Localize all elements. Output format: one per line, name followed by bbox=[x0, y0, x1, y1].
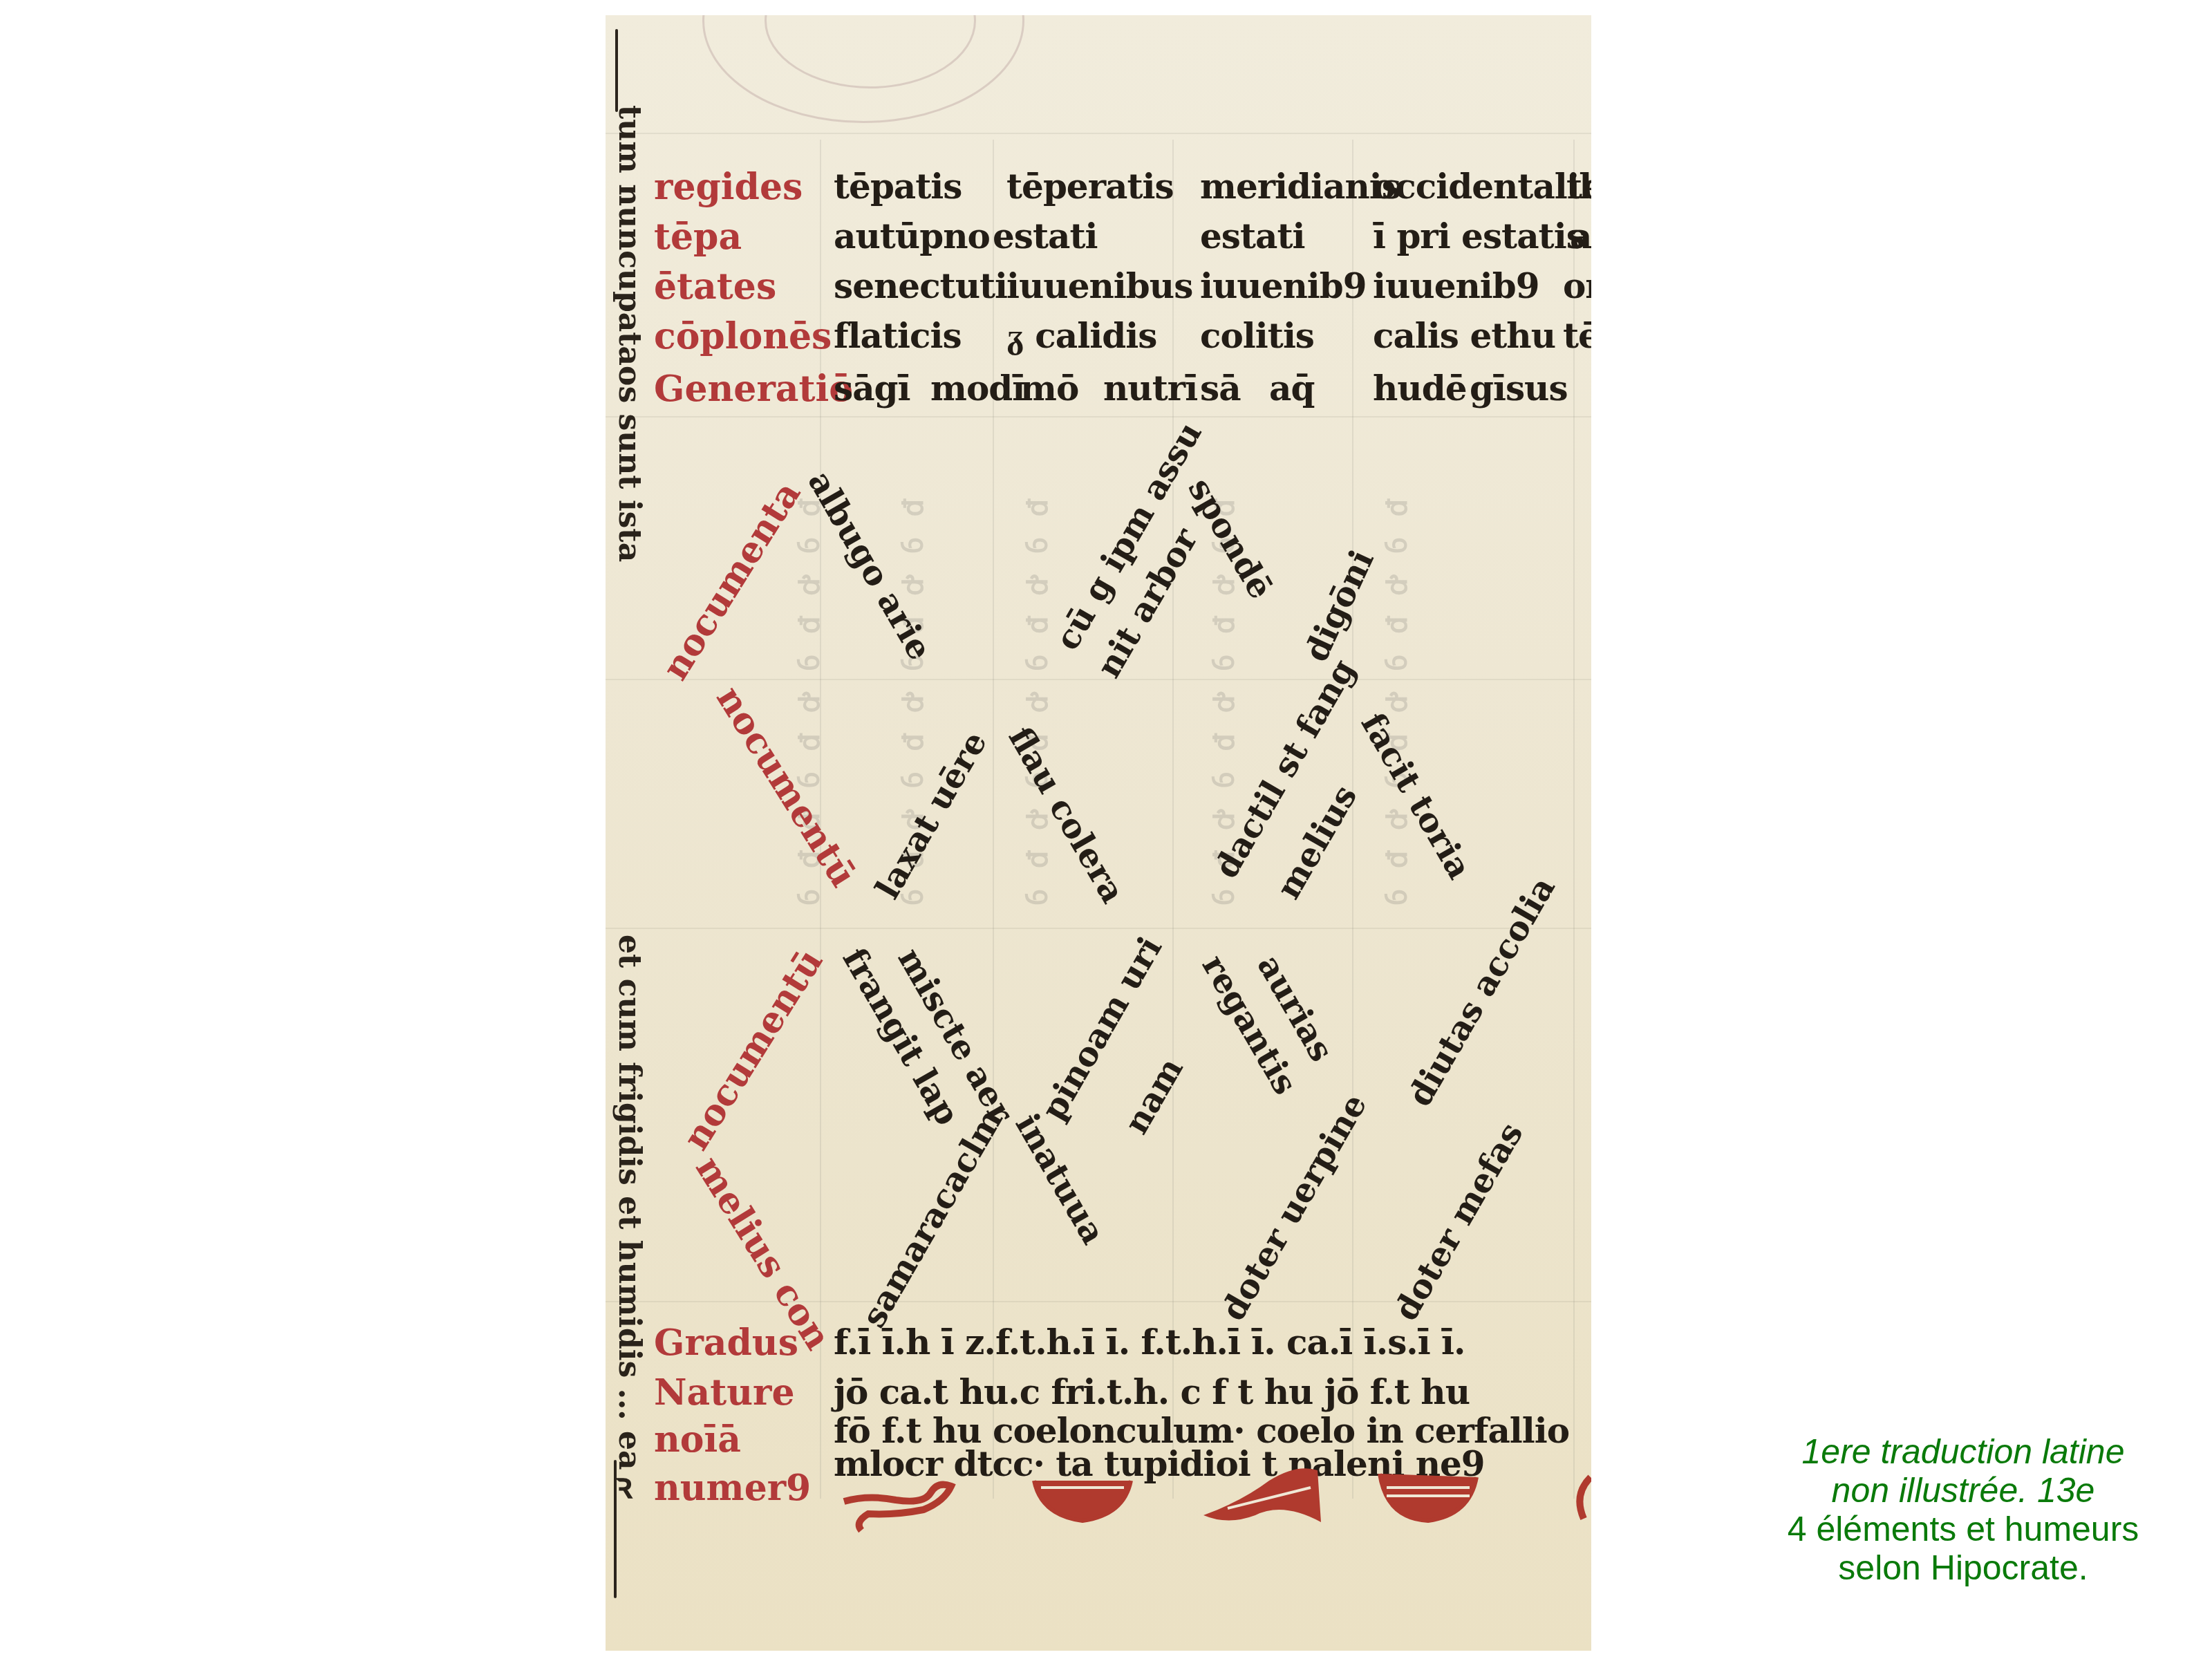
row-label-complexiones: cōplonēs bbox=[654, 315, 832, 357]
diagonal-text: digōni bbox=[1297, 544, 1382, 667]
slide-caption: 1ere traduction latine non illustrée. 13… bbox=[1700, 1432, 2212, 1587]
row-label-gradus: Gradus bbox=[654, 1322, 798, 1364]
ruling-line bbox=[606, 679, 1591, 680]
diagonal-text: flau colera bbox=[1001, 720, 1133, 910]
grid-cell: om bbox=[1563, 265, 1591, 306]
grid-cell: aq̄ bbox=[1269, 368, 1314, 409]
grid-cell: estati bbox=[1200, 216, 1305, 256]
nature-row: jō ca.t hu.c fri.t.h. c f t hu jō f.t hu bbox=[834, 1371, 1470, 1412]
grid-cell: occidentalibus bbox=[1373, 166, 1591, 207]
grid-cell: senectuti bbox=[834, 265, 1007, 306]
diagonal-text: diutas accolia bbox=[1400, 870, 1563, 1113]
grid-cell: ī pri estatis bbox=[1373, 216, 1585, 256]
caption-line-3: 4 éléments et humeurs bbox=[1700, 1510, 2212, 1548]
grid-cell: autūpno bbox=[834, 216, 990, 256]
grid-cell: meridianis bbox=[1200, 166, 1400, 207]
grid-cell: estati bbox=[993, 216, 1098, 256]
ruling-line bbox=[606, 1301, 1591, 1302]
row-label-nocumenta: nocumenta bbox=[654, 474, 809, 687]
grid-cell: calis ethu bbox=[1373, 315, 1555, 356]
row-label-numerus: numer9 bbox=[654, 1467, 811, 1509]
grid-cell: iuuenib9 bbox=[1200, 265, 1367, 306]
grid-cell: iuuenibus bbox=[1006, 265, 1192, 306]
grid-cell: sā bbox=[1200, 368, 1241, 409]
margin-text-bottom: et cum frigidis et humidis ... ea bbox=[612, 935, 647, 1470]
ruling-line bbox=[606, 928, 1591, 929]
row-label-regiones: regides bbox=[654, 166, 803, 208]
grid-cell: ᵹ calidis bbox=[1006, 315, 1156, 356]
caption-line-1: 1ere traduction latine bbox=[1700, 1432, 2212, 1471]
grid-cell: te bbox=[1566, 166, 1591, 207]
bleed-through-text: ꝑ ꝯ ꝓ ꝑ ꝯ ꝓ ꝑ ꝯ ꝓ ꝑ ꝯ bbox=[1383, 499, 1421, 911]
red-numeral-flourish bbox=[1027, 1467, 1138, 1529]
caption-line-4: selon Hipocrate. bbox=[1700, 1548, 2212, 1587]
row-label-tempora: tēpa bbox=[654, 216, 742, 258]
grid-cell: au bbox=[1570, 216, 1591, 256]
row-label-nocumentum-2: nocumentū bbox=[675, 941, 831, 1157]
grid-cell: colitis bbox=[1200, 315, 1314, 356]
diagonal-text: doter mefas bbox=[1387, 1116, 1531, 1327]
bleed-through-text: ꝑ ꝯ ꝓ ꝑ ꝯ ꝓ ꝑ ꝯ ꝓ ꝑ ꝯ bbox=[1024, 499, 1062, 911]
row-label-generatio: Generatiō bbox=[654, 368, 853, 410]
margin-et-mark: ꝛ bbox=[615, 1460, 632, 1509]
gradus-row: f.ī ī.h ī z.f.t.h.ī ī. f.t.h.ī ī. ca.ī ī… bbox=[834, 1322, 1465, 1362]
ruling-line bbox=[1172, 140, 1174, 1499]
grid-cell: sāgī bbox=[834, 368, 910, 409]
grid-cell: nutrī bbox=[1103, 368, 1197, 409]
grid-cell: flaticis bbox=[834, 315, 962, 356]
ruling-line bbox=[606, 416, 1591, 418]
margin-text-top: tum nuncupataos sunt ista bbox=[612, 105, 647, 562]
grid-cell: tēperatis bbox=[1006, 166, 1174, 207]
row-label-nature: Nature bbox=[654, 1371, 795, 1414]
grid-cell: tē bbox=[1563, 315, 1591, 356]
ruling-line bbox=[993, 140, 994, 1499]
red-numeral-flourish bbox=[1570, 1474, 1591, 1522]
grid-cell: tēpatis bbox=[834, 166, 962, 207]
row-label-nomina: noīā bbox=[654, 1418, 741, 1461]
margin-rule bbox=[615, 29, 618, 112]
diagonal-text: inatuua bbox=[1008, 1107, 1113, 1251]
red-numeral-flourish bbox=[1200, 1460, 1331, 1529]
grid-cell: iuuenib9 bbox=[1373, 265, 1539, 306]
manuscript-page-image: ꝑ ꝯ ꝓ ꝑ ꝯ ꝓ ꝑ ꝯ ꝓ ꝑ ꝯ ꝑ ꝯ ꝓ ꝑ ꝯ ꝓ ꝑ ꝯ ꝓ … bbox=[606, 15, 1591, 1651]
red-numeral-flourish bbox=[1373, 1460, 1483, 1529]
grid-cell: mō bbox=[1020, 368, 1078, 409]
grid-cell: gīsus bbox=[1470, 368, 1568, 409]
diagonal-text: nam bbox=[1117, 1051, 1191, 1141]
ruling-line bbox=[606, 133, 1591, 134]
caption-line-2: non illustrée. 13e bbox=[1700, 1471, 2212, 1510]
red-numeral-flourish bbox=[841, 1474, 965, 1536]
row-label-nocumentum: nocumentū bbox=[708, 679, 864, 894]
diagonal-text: doter uerpine bbox=[1214, 1087, 1375, 1327]
diagonal-text: samaracaclm bbox=[854, 1103, 1011, 1334]
grid-cell: modī bbox=[930, 368, 1024, 409]
grid-cell: hudē bbox=[1373, 368, 1466, 409]
row-label-etates: ētates bbox=[654, 265, 776, 308]
